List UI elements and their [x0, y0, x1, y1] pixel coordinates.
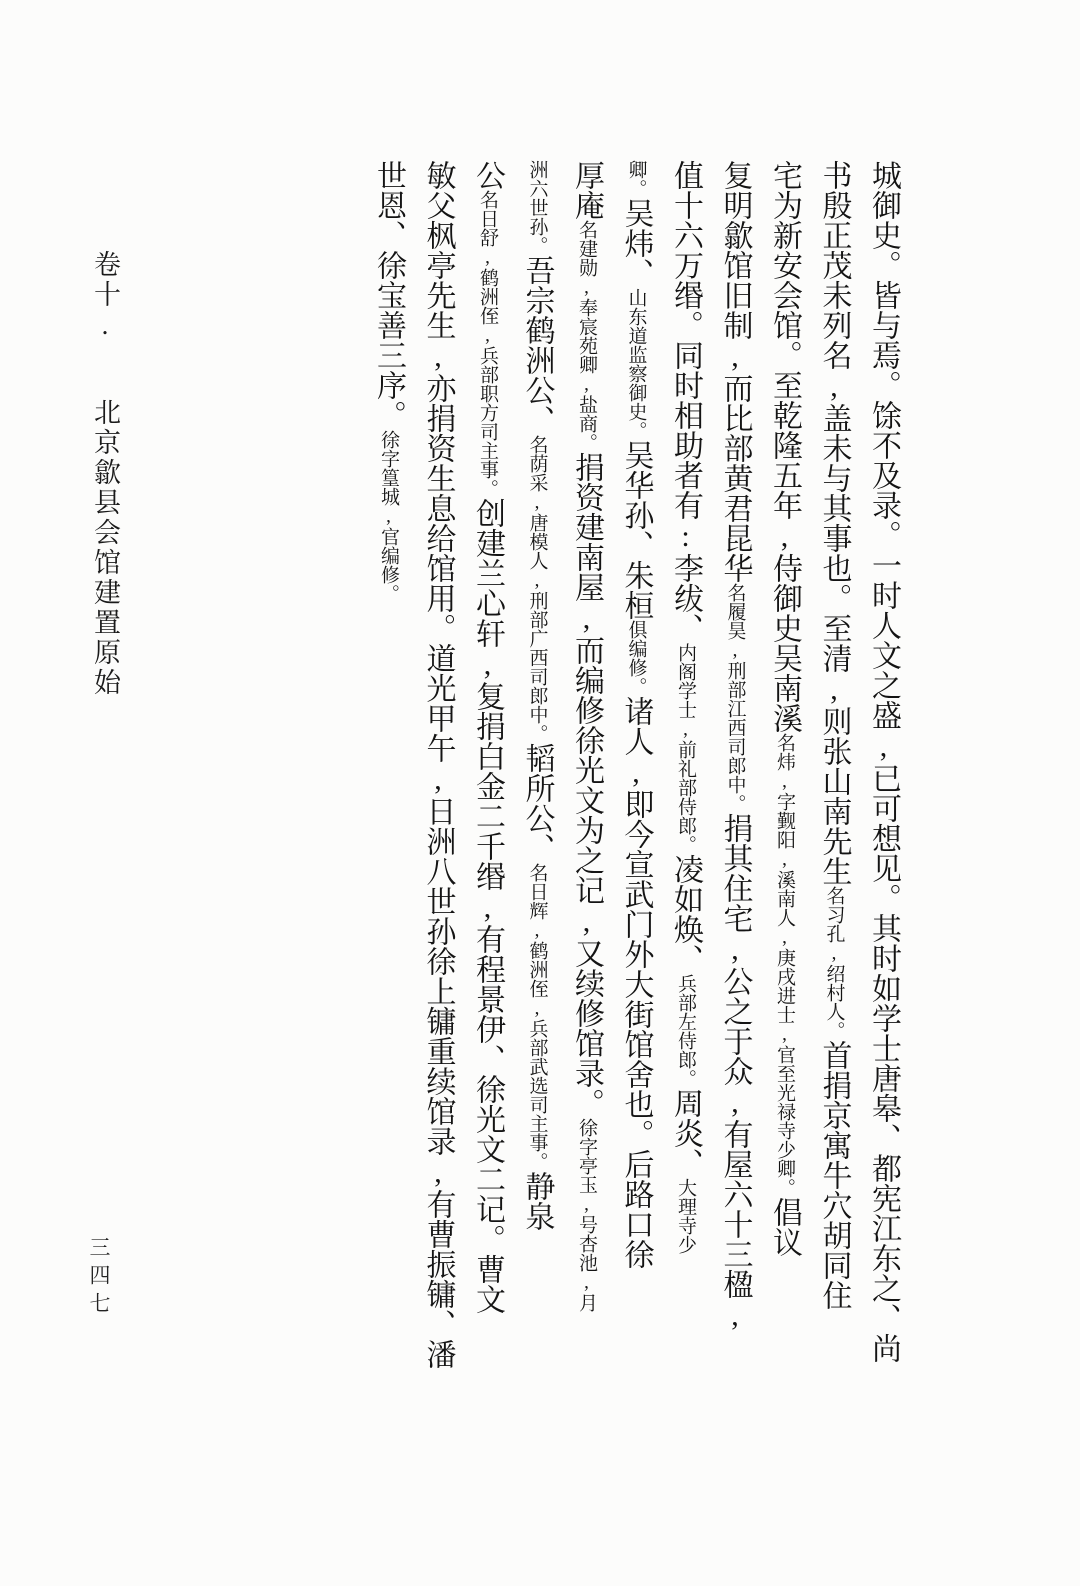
annotation-text: 俱编修。 [626, 620, 647, 696]
text-column: 卿。吴炜、山东道监察御史。吴华孙、朱桓俱编修。诸人,即今宣武门外大街馆舍也。后路… [611, 160, 661, 1480]
main-text: 凌如焕、 [669, 854, 702, 974]
annotation-text: 洲六世孙。 [527, 160, 548, 255]
text-column: 厚庵名建勋,奉宸苑卿,盐商。捐资建南屋,而编修徐光文为之记,又续修馆录。徐字亭玉… [562, 160, 612, 1480]
main-text: 创建兰心轩,复捐白金二千缗,有程景伊、徐光文二记。曹文 [471, 498, 504, 1314]
annotation-text: 名日舒,鹤洲侄,兵部职方司主事。 [477, 190, 498, 498]
annotation-text: 徐字亭玉,号杏池,月 [576, 1118, 597, 1312]
main-text: 捐其住宅,公之于众,有屋六十三楹, [719, 813, 752, 1332]
text-column: 洲六世孙。吾宗鹤洲公、名荫采,唐模人,刑部广西司郎中。韬所公、名日辉,鹤洲侄,兵… [512, 160, 562, 1480]
main-text: 书殷正茂未列名,盖未与其事也。至清,则张山南先生 [818, 160, 851, 886]
volume-label: 卷十. [90, 250, 120, 343]
text-block: 城御史。皆与焉。馀不及录。一时人文之盛,已可想见。其时如学士唐皋、都宪江东之、尚… [364, 160, 909, 1480]
text-column: 复明歙馆旧制,而比部黄君昆华名履昊,刑部江西司郎中。捐其住宅,公之于众,有屋六十… [710, 160, 760, 1480]
main-text: 诸人,即今宣武门外大街馆舍也。后路口徐 [620, 696, 653, 1269]
text-column: 城御史。皆与焉。馀不及录。一时人文之盛,已可想见。其时如学士唐皋、都宪江东之、尚 [859, 160, 909, 1480]
annotation-text: 名习孔,绍村人。 [824, 886, 845, 1040]
annotation-text: 名建勋,奉宸苑卿,盐商。 [576, 220, 597, 452]
annotation-text: 名炜,字觐阳,溪南人,庚戌进士,官至光禄寺少卿。 [774, 733, 795, 1197]
main-text: 吾宗鹤洲公、 [521, 255, 554, 435]
text-column: 敏父枫亭先生,亦捐资生息给馆用。道光甲午,日洲八世孙徐上镛重续馆录,有曹振镛、潘 [413, 160, 463, 1480]
text-column: 宅为新安会馆。至乾隆五年,侍御史吴南溪名炜,字觐阳,溪南人,庚戌进士,官至光禄寺… [760, 160, 810, 1480]
annotation-text: 卿。 [626, 160, 647, 198]
text-column: 世恩、徐宝善三序。徐字篁城,官编修。 [364, 160, 414, 1480]
chapter-title: 北京歙县会馆建置原始 [90, 398, 120, 698]
annotation-text: 大理寺少 [675, 1178, 696, 1254]
main-text: 周炎、 [669, 1088, 702, 1178]
main-text: 城御史。皆与焉。馀不及录。一时人文之盛,已可想见。其时如学士唐皋、都宪江东之、尚 [867, 160, 900, 1363]
annotation-text: 名日辉,鹤洲侄,兵部武选司主事。 [527, 863, 548, 1171]
annotation-text: 名履昊,刑部江西司郎中。 [725, 583, 746, 813]
main-text: 静泉 [521, 1171, 554, 1231]
main-text: 首捐京寓牛穴胡同住 [818, 1040, 851, 1310]
main-text: 宅为新安会馆。至乾隆五年,侍御史吴南溪 [768, 160, 801, 733]
main-text: 倡议 [768, 1197, 801, 1257]
text-column: 书殷正茂未列名,盖未与其事也。至清,则张山南先生名习孔,绍村人。首捐京寓牛穴胡同… [809, 160, 859, 1480]
annotation-text: 徐字篁城,官编修。 [378, 430, 399, 603]
annotation-text: 内阁学士,前礼部侍郎。 [675, 643, 696, 854]
main-text: 公 [471, 160, 504, 190]
main-text: 厚庵 [570, 160, 603, 220]
annotation-text: 山东道监察御史。 [626, 288, 647, 440]
text-column: 公名日舒,鹤洲侄,兵部职方司主事。创建兰心轩,复捐白金二千缗,有程景伊、徐光文二… [463, 160, 513, 1480]
running-header: 卷十. 北京歙县会馆建置原始 [86, 250, 125, 698]
main-text: 世恩、徐宝善三序。 [372, 160, 405, 430]
main-text: 韬所公、 [521, 743, 554, 863]
page-number: 三四七 [84, 1236, 114, 1320]
main-text: 敏父枫亭先生,亦捐资生息给馆用。道光甲午,日洲八世孙徐上镛重续馆录,有曹振镛、潘 [422, 160, 455, 1369]
text-column: 值十六万缗。同时相助者有:李绂、内阁学士,前礼部侍郎。凌如焕、兵部左侍郎。周炎、… [661, 160, 711, 1480]
main-text: 值十六万缗。同时相助者有:李绂、 [669, 160, 702, 643]
annotation-text: 名荫采,唐模人,刑部广西司郎中。 [527, 435, 548, 743]
main-text: 吴华孙、朱桓 [620, 440, 653, 620]
annotation-text: 兵部左侍郎。 [675, 974, 696, 1088]
main-text: 复明歙馆旧制,而比部黄君昆华 [719, 160, 752, 583]
main-text: 捐资建南屋,而编修徐光文为之记,又续修馆录。 [570, 452, 603, 1118]
main-text: 吴炜、 [620, 198, 653, 288]
book-page: 卷十. 北京歙县会馆建置原始 城御史。皆与焉。馀不及录。一时人文之盛,已可想见。… [0, 0, 1080, 1586]
